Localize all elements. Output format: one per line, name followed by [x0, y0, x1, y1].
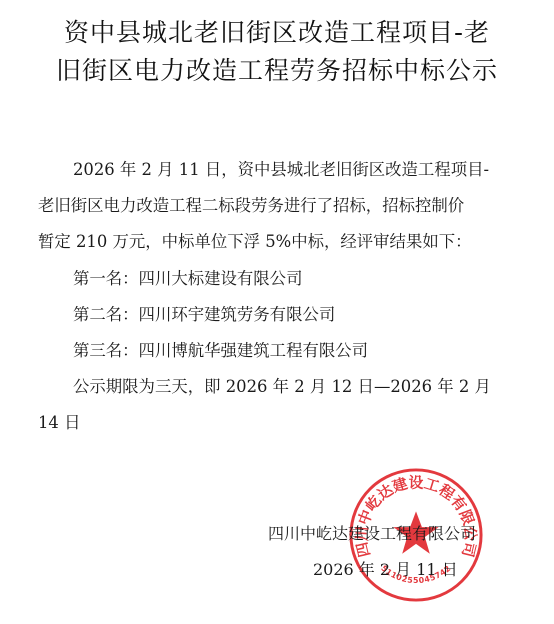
ranking-second: 第二名：四川环宇建筑劳务有限公司 [38, 297, 518, 333]
ranking-third: 第三名：四川博航华强建筑工程有限公司 [38, 333, 518, 369]
document-body: 2026 年 2 月 11 日，资中县城北老旧街区改造工程项目- 老旧街区电力改… [38, 152, 518, 442]
title-line-1: 资中县城北老旧街区改造工程项目-老 [0, 14, 554, 52]
signature-company: 四川中屹达建设工程有限公司 [268, 516, 518, 552]
publicity-period-line-1: 公示期限为三天，即 2026 年 2 月 12 日—2026 年 2 月 [38, 369, 518, 405]
document-title: 资中县城北老旧街区改造工程项目-老 旧街区电力改造工程劳务招标中标公示 [0, 14, 554, 90]
body-paragraph-line-3: 暂定 210 万元，中标单位下浮 5%中标，经评审结果如下： [38, 224, 518, 260]
signature-date: 2026 年 2 月 11 日 [268, 552, 518, 588]
signature-block: 四川中屹达建设工程有限公司 2026 年 2 月 11 日 [268, 516, 518, 588]
body-paragraph-line-1: 2026 年 2 月 11 日，资中县城北老旧街区改造工程项目- [38, 152, 518, 188]
ranking-first: 第一名：四川大标建设有限公司 [38, 261, 518, 297]
title-line-2: 旧街区电力改造工程劳务招标中标公示 [0, 52, 554, 90]
publicity-period-line-2: 14 日 [38, 405, 518, 441]
body-paragraph-line-2: 老旧街区电力改造工程二标段劳务进行了招标，招标控制价 [38, 188, 518, 224]
